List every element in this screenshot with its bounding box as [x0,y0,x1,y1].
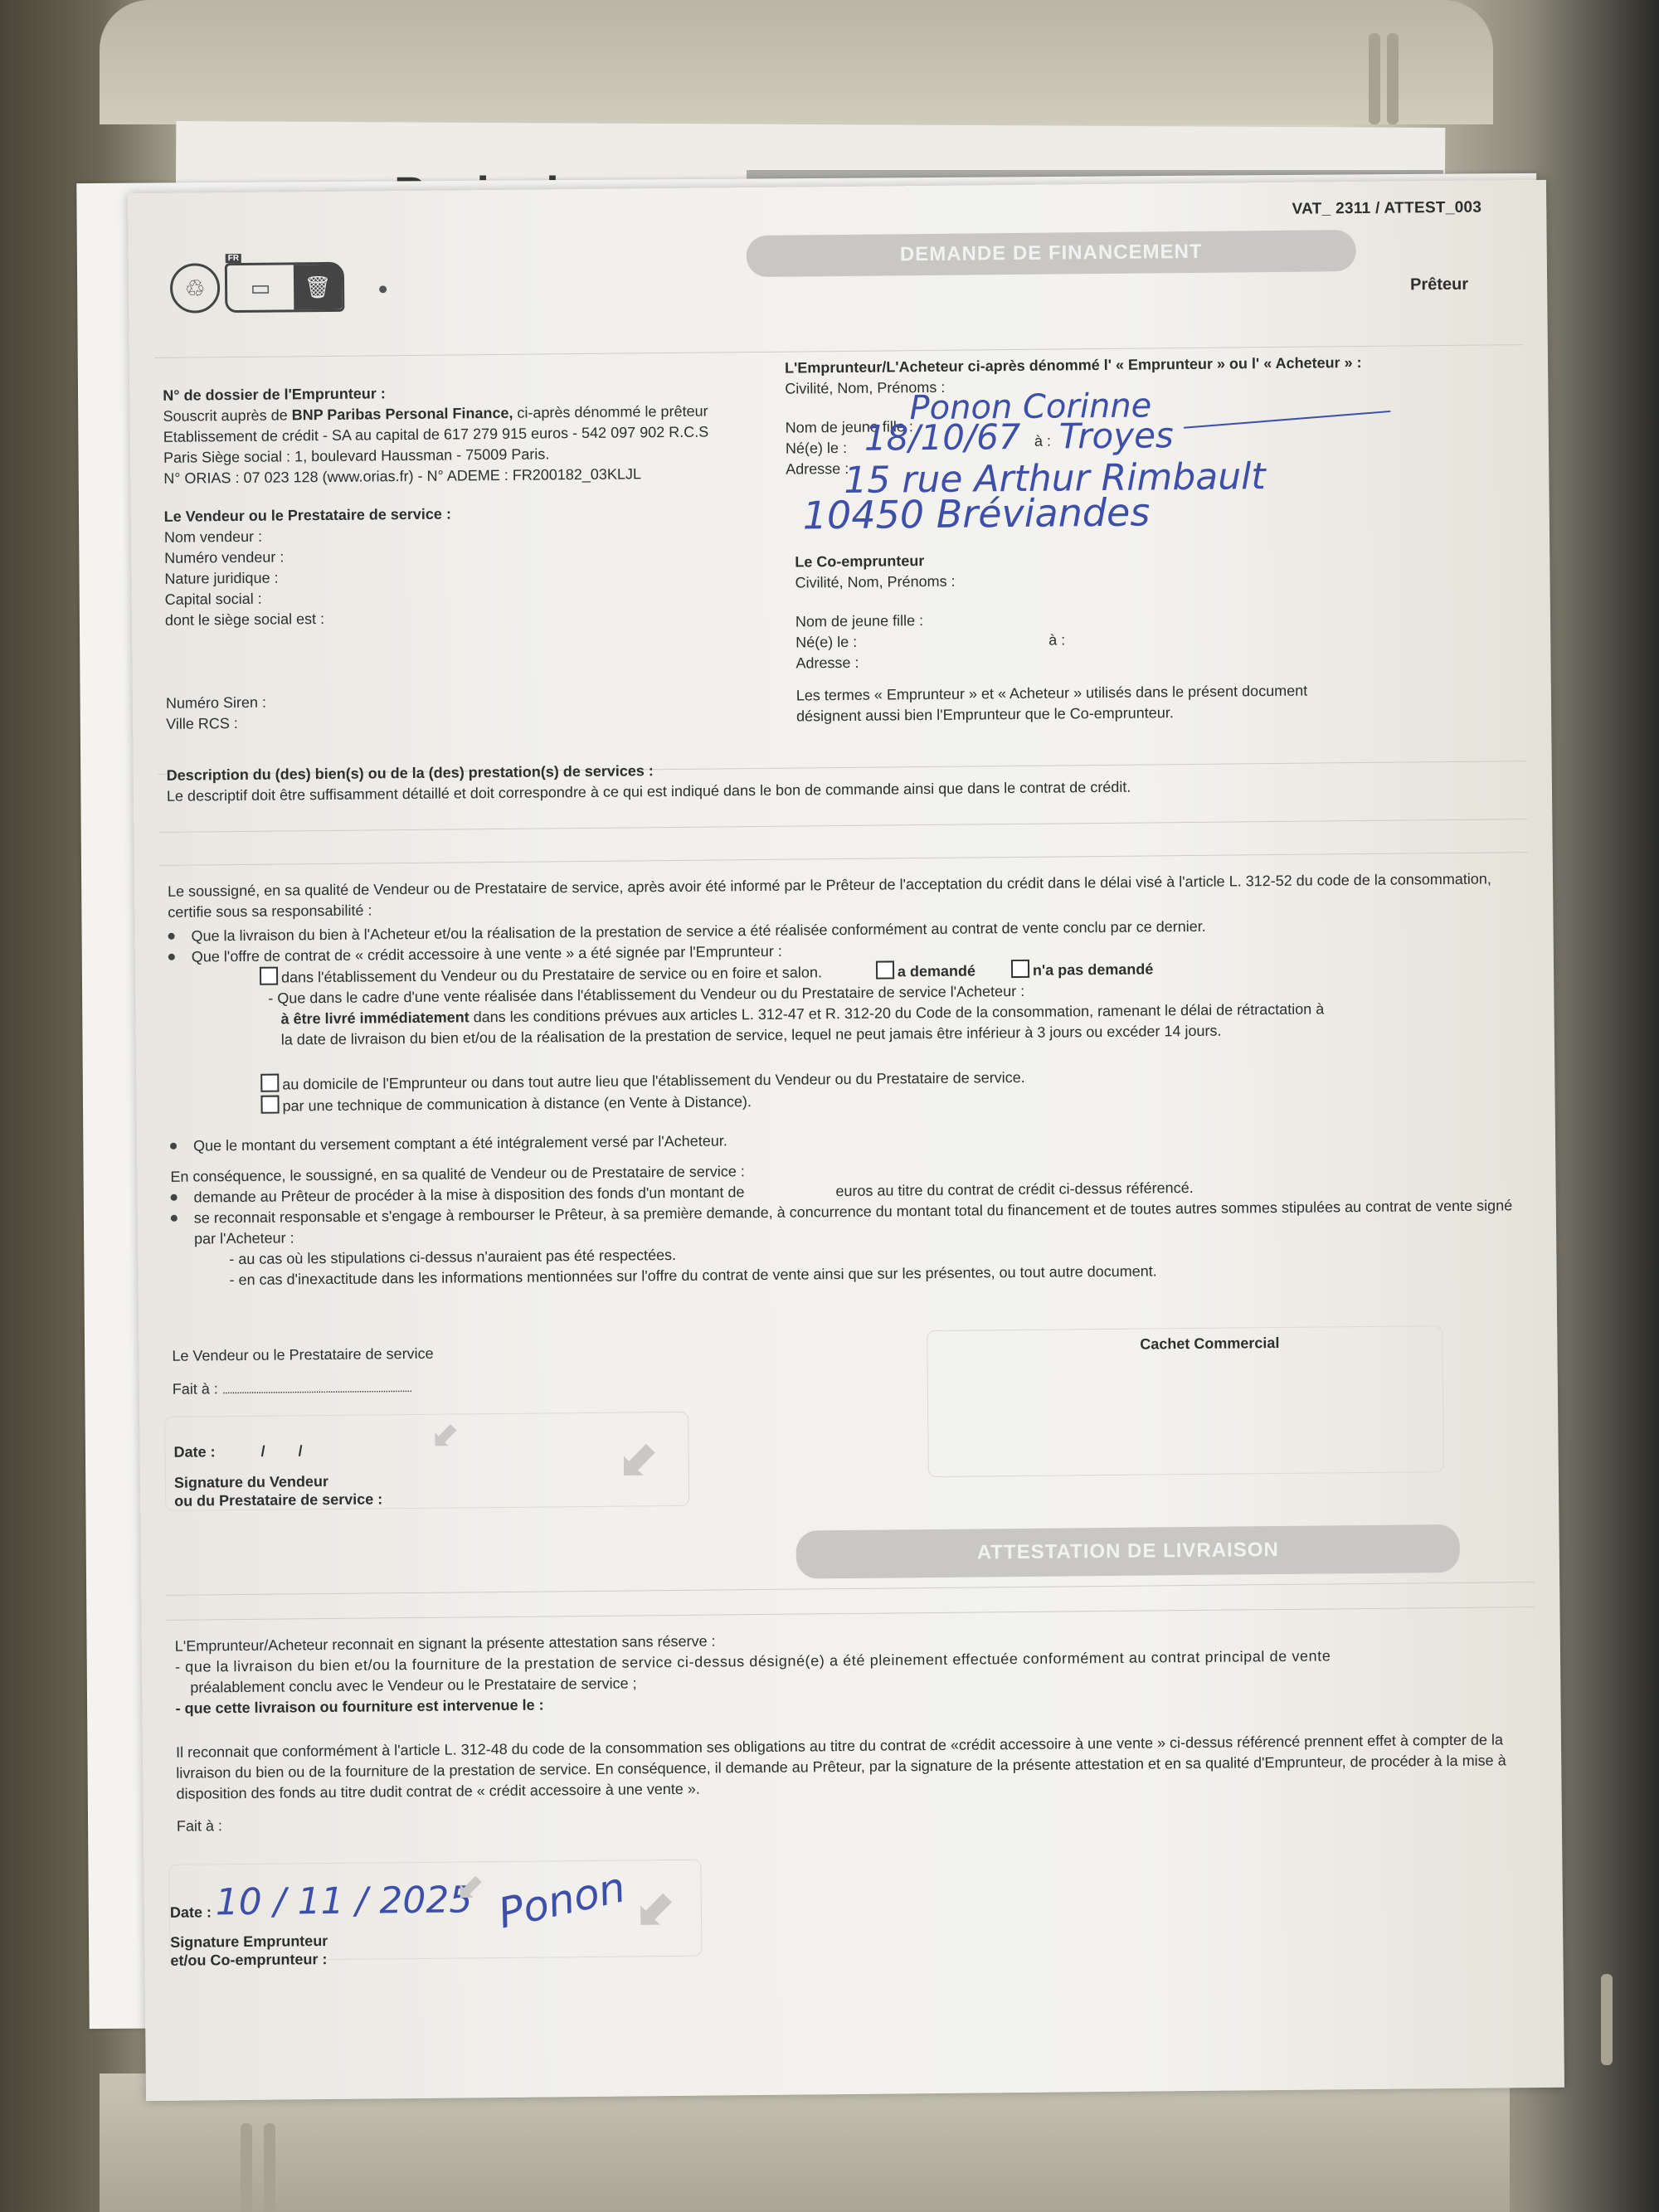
commercial-stamp-box[interactable]: Cachet Commercial [927,1325,1444,1477]
made-at-label: Fait à : [173,1380,218,1398]
financing-request-banner: DEMANDE DE FINANCEMENT [747,230,1356,277]
triman-icon: ♲ [170,263,221,314]
sign-here-arrow-icon: ⬋ [455,1870,484,1903]
tray-grip [1601,1974,1613,2065]
lender-block: N° de dossier de l'Emprunteur : Souscrit… [163,380,794,489]
dot-mark [379,285,387,293]
cert-bullet-3-text: Que le montant du versement comptant a é… [193,1132,727,1154]
sign-here-arrow-icon: ⬋ [617,1436,658,1484]
coborrower-birth-date-field[interactable]: Né(e) le : [795,634,857,651]
vendor-date-field[interactable]: Date : / / [173,1441,302,1462]
amount-field[interactable] [745,1196,836,1197]
choice-group: a demandé n'a pas demandé [876,960,1154,980]
bullet-icon [171,1215,178,1222]
bullet-icon [170,1143,177,1150]
asked-label: a demandé [898,962,975,980]
description-line[interactable] [158,819,1527,833]
coborrower-birth-place-field[interactable]: à : [1048,630,1065,650]
recycle-bin-icon: 🗑 [294,265,343,310]
tray-grip [1369,33,1380,124]
establishment-checkbox[interactable] [260,967,278,985]
stamp-label: Cachet Commercial [977,1331,1442,1356]
borrower-signature-label-1: Signature Emprunteur [170,1932,328,1952]
terms-note: Les termes « Emprunteur » et « Acheteur … [796,680,1360,727]
country-badge: FR [226,254,241,263]
bullet-icon [168,954,175,960]
sign-here-arrow-icon: ⬋ [635,1885,675,1933]
distance-checkbox[interactable] [260,1096,279,1114]
divider [159,852,1528,866]
coborrower-block: Le Co-emprunteur Civilité, Nom, Prénoms … [795,545,1510,727]
device-icon: ▭ [227,265,294,310]
divider [166,1582,1535,1596]
vendor-date-label: Date : [173,1443,215,1460]
vendor-date-separators: / / [261,1442,303,1459]
certification-block: Le soussigné, en sa qualité de Vendeur o… [168,868,1524,1291]
lender-suffix: ci-après dénommé le prêteur [513,403,708,421]
borrower-signature-label: Signature Emprunteuret/ou Co-emprunteur … [170,1932,328,1970]
cert-bullet-2-text: Que l'offre de contrat de « crédit acces… [192,943,782,965]
establishment-label: dans l'établissement du Vendeur ou du Pr… [281,964,822,985]
birth-place-value[interactable]: Troyes [1059,425,1174,446]
vendor-signature-label: Signature du Vendeurou du Prestataire de… [174,1471,383,1510]
made-at-field[interactable]: ........................................… [222,1381,411,1396]
tray-top [100,0,1493,124]
tray-grip [264,2123,275,2212]
delivery-block: L'Emprunteur/Acheteur reconnait en signa… [175,1623,1537,1837]
bullet-icon [168,933,175,940]
recycling-logos: ♲ FR ▭ 🗑 [170,261,387,314]
sign-here-arrow-icon: ⬋ [431,1419,459,1452]
borrower-signature-value[interactable]: Ponon [494,1863,630,1937]
vendor-signature-title: Le Vendeur ou le Prestataire de service [172,1344,433,1367]
divider [167,1607,1535,1621]
not-asked-checkbox[interactable] [1011,960,1029,978]
financing-form-page: VAT_ 2311 / ATTEST_003 DEMANDE DE FINANC… [128,180,1564,2101]
address-label: Adresse : [786,460,849,478]
tray-grip [1387,33,1399,124]
vendor-signature-label-1: Signature du Vendeur [174,1471,382,1491]
birth-date-label: Né(e) le : [786,440,847,457]
lender-label: Prêteur [1410,275,1468,295]
address-line-1[interactable]: 15 rue Arthur Rimbault [844,466,1265,491]
immediate-delivery-label: à être livré immédiatement [280,1009,469,1027]
vendor-block: Le Vendeur ou le Prestataire de service … [164,501,797,735]
asked-checkbox[interactable] [876,960,894,979]
delivery-attestation-banner: ATTESTATION DE LIVRAISON [796,1524,1461,1579]
vendor-made-at: Fait à : ...............................… [173,1377,412,1401]
lender-prefix: Souscrit auprès de [163,406,291,424]
vendor-signature-label-2: ou du Prestataire de service : [174,1490,382,1510]
address-row: Adresse : 15 rue Arthur Rimbault 10450 B… [786,452,1516,542]
distance-label: par une technique de communication à dis… [282,1093,752,1114]
lender-name: BNP Paribas Personal Finance, [292,405,513,424]
borrower-block: L'Emprunteur/L'Acheteur ci-après dénommé… [785,351,1516,542]
borrower-signature-label-2: et/ou Co-emprunteur : [170,1950,328,1970]
borrower-signature-box[interactable]: Date : 10 / 11 / 2025 ⬋ Ponon ⬋ Signatur… [168,1860,702,1962]
sorting-info-tag: FR ▭ 🗑 [225,262,345,313]
document-reference: VAT_ 2311 / ATTEST_003 [1292,199,1481,219]
vendor-signature-box[interactable]: Date : / / ⬋ ⬋ Signature du Vendeurou du… [164,1412,689,1511]
home-checkbox[interactable] [260,1074,279,1092]
amount-request-suffix: euros au titre du contrat de crédit ci-d… [835,1179,1193,1199]
address-line-2[interactable]: 10450 Bréviandes [803,502,1151,526]
borrower-date-value[interactable]: 10 / 11 / 2025 [216,1879,473,1923]
amount-request-text: demande au Prêteur de procéder à la mise… [194,1184,745,1205]
birth-date-value[interactable]: 18/10/67 [864,426,1021,449]
description-block: Description du (des) bien(s) ou de la (d… [167,752,1494,806]
birth-place-label: à : [1034,431,1051,452]
tray-grip [241,2123,252,2212]
not-asked-label: n'a pas demandé [1033,960,1154,978]
bullet-icon [171,1194,178,1201]
borrower-date-label: Date : [170,1902,212,1923]
